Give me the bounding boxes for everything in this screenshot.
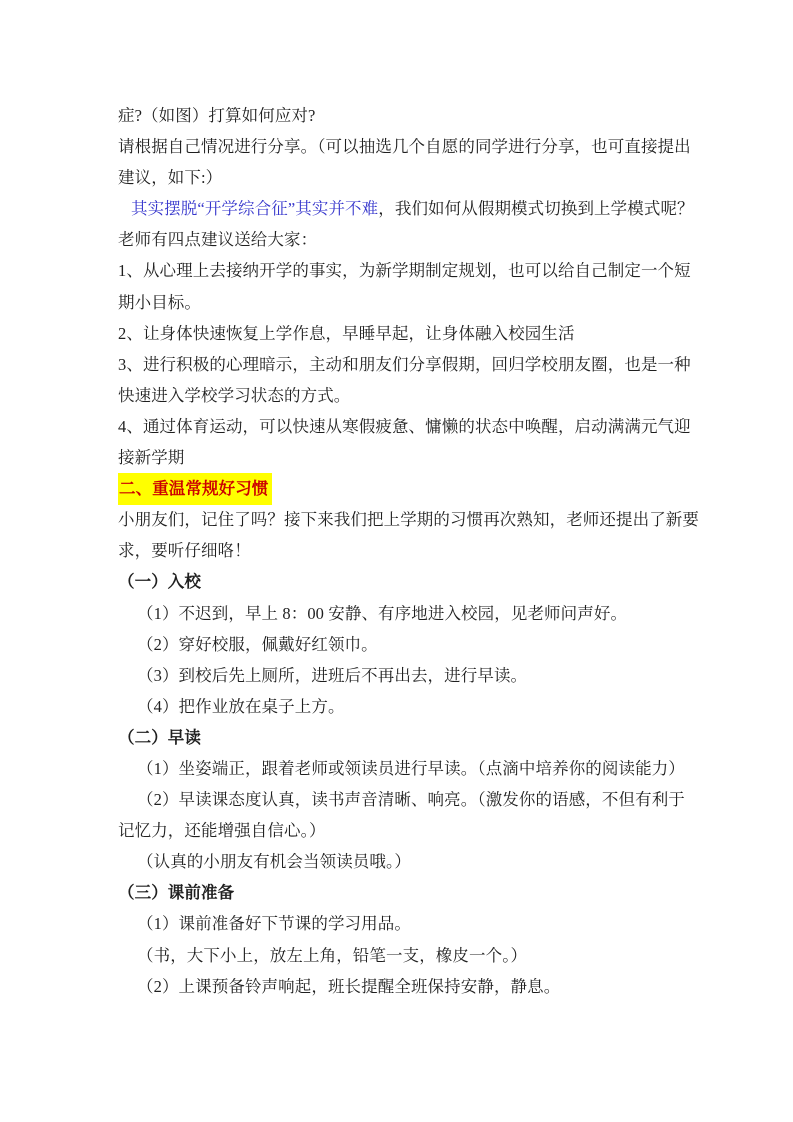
- body-line: 记忆力，还能增强自信心。）: [118, 815, 718, 846]
- section-heading: （二）早读: [118, 722, 718, 753]
- body-line: 接新学期: [118, 442, 718, 473]
- text-segment: 建议，如下:）: [118, 168, 222, 187]
- text-segment: 请根据自己情况进行分享。（可以抽选几个自愿的同学进行分享，也可直接提出: [118, 137, 691, 156]
- numbered-item: 4、通过体育运动，可以快速从寒假疲惫、慵懒的状态中唤醒，启动满满元气迎: [118, 411, 718, 442]
- text-segment: 小朋友们，记住了吗？接下来我们把上学期的习惯再次熟知，老师还提出了新要: [118, 510, 699, 529]
- text-segment: （1）课前准备好下节课的学习用品。: [137, 914, 411, 933]
- body-line: 老师有四点建议送给大家：: [118, 224, 718, 255]
- list-item: （2）上课预备铃声响起，班长提醒全班保持安静，静息。: [118, 971, 718, 1002]
- text-segment: 快速进入学校学习状态的方式。: [118, 386, 350, 405]
- numbered-item: 3、进行积极的心理暗示，主动和朋友们分享假期，回归学校朋友圈，也是一种: [118, 349, 718, 380]
- text-segment: 症?（如图）打算如何应对?: [118, 106, 315, 125]
- text-segment: 其实摆脱“开学综合征”其实并不难: [131, 199, 378, 218]
- body-line: 求，要听仔细咯！: [118, 535, 718, 566]
- numbered-item: 2、让身体快速恢复上学作息，早睡早起，让身体融入校园生活: [118, 318, 718, 349]
- text-segment: 接新学期: [118, 448, 184, 467]
- list-item: （认真的小朋友有机会当领读员哦。）: [118, 846, 718, 877]
- text-segment: （2）早读课态度认真，读书声音清晰、响亮。（激发你的语感，不但有利于: [137, 790, 685, 809]
- text-segment: 期小目标。: [118, 293, 201, 312]
- body-line: 期小目标。: [118, 287, 718, 318]
- text-segment: 1、从心理上去接纳开学的事实，为新学期制定规划，也可以给自己制定一个短: [118, 261, 691, 280]
- text-segment: （一）入校: [118, 572, 201, 591]
- text-segment: （认真的小朋友有机会当领读员哦。）: [137, 852, 411, 871]
- body-line: 小朋友们，记住了吗？接下来我们把上学期的习惯再次熟知，老师还提出了新要: [118, 504, 718, 535]
- body-line: 请根据自己情况进行分享。（可以抽选几个自愿的同学进行分享，也可直接提出: [118, 131, 718, 162]
- list-item: （2）穿好校服，佩戴好红领巾。: [118, 629, 718, 660]
- list-item: （4）把作业放在桌子上方。: [118, 691, 718, 722]
- body-line: 症?（如图）打算如何应对?: [118, 100, 718, 131]
- document-page: 症?（如图）打算如何应对?请根据自己情况进行分享。（可以抽选几个自愿的同学进行分…: [0, 0, 793, 1122]
- text-segment: 2、让身体快速恢复上学作息，早睡早起，让身体融入校园生活: [118, 324, 575, 343]
- chapter-heading: 二、重温常规好习惯: [118, 473, 718, 504]
- document-body: 症?（如图）打算如何应对?请根据自己情况进行分享。（可以抽选几个自愿的同学进行分…: [118, 100, 718, 1002]
- list-item: （1）坐姿端正，跟着老师或领读员进行早读。（点滴中培养你的阅读能力）: [118, 753, 718, 784]
- text-segment: （二）早读: [118, 728, 201, 747]
- text-segment: （1）不迟到，早上 8：00 安静、有序地进入校园，见老师问声好。: [137, 604, 627, 623]
- text-segment: （1）坐姿端正，跟着老师或领读员进行早读。（点滴中培养你的阅读能力）: [137, 759, 685, 778]
- highlighted-heading-text: 二、重温常规好习惯: [118, 473, 272, 505]
- text-segment: 求，要听仔细咯！: [118, 541, 251, 560]
- text-segment: 记忆力，还能增强自信心。）: [118, 821, 326, 840]
- body-line: 其实摆脱“开学综合征”其实并不难，我们如何从假期模式切换到上学模式呢？: [118, 193, 718, 224]
- text-segment: （书，大下小上，放左上角，铅笔一支，橡皮一个。）: [137, 946, 527, 965]
- list-item: （1）不迟到，早上 8：00 安静、有序地进入校园，见老师问声好。: [118, 598, 718, 629]
- body-line: 建议，如下:）: [118, 162, 718, 193]
- list-item: （1）课前准备好下节课的学习用品。: [118, 908, 718, 939]
- list-item: （2）早读课态度认真，读书声音清晰、响亮。（激发你的语感，不但有利于: [118, 784, 718, 815]
- list-item: （3）到校后先上厕所，进班后不再出去，进行早读。: [118, 660, 718, 691]
- text-segment: 老师有四点建议送给大家：: [118, 230, 317, 249]
- text-segment: ，我们如何从假期模式切换到上学模式呢？: [378, 199, 693, 218]
- section-heading: （一）入校: [118, 566, 718, 597]
- list-item: （书，大下小上，放左上角，铅笔一支，橡皮一个。）: [118, 940, 718, 971]
- section-heading: （三）课前准备: [118, 877, 718, 908]
- text-segment: （2）上课预备铃声响起，班长提醒全班保持安静，静息。: [137, 977, 560, 996]
- text-segment: （4）把作业放在桌子上方。: [137, 697, 345, 716]
- body-line: 快速进入学校学习状态的方式。: [118, 380, 718, 411]
- text-segment: 3、进行积极的心理暗示，主动和朋友们分享假期，回归学校朋友圈，也是一种: [118, 355, 691, 374]
- text-segment: （3）到校后先上厕所，进班后不再出去，进行早读。: [137, 666, 527, 685]
- numbered-item: 1、从心理上去接纳开学的事实，为新学期制定规划，也可以给自己制定一个短: [118, 255, 718, 286]
- text-segment: 4、通过体育运动，可以快速从寒假疲惫、慵懒的状态中唤醒，启动满满元气迎: [118, 417, 691, 436]
- text-segment: （三）课前准备: [118, 883, 234, 902]
- text-segment: （2）穿好校服，佩戴好红领巾。: [137, 635, 378, 654]
